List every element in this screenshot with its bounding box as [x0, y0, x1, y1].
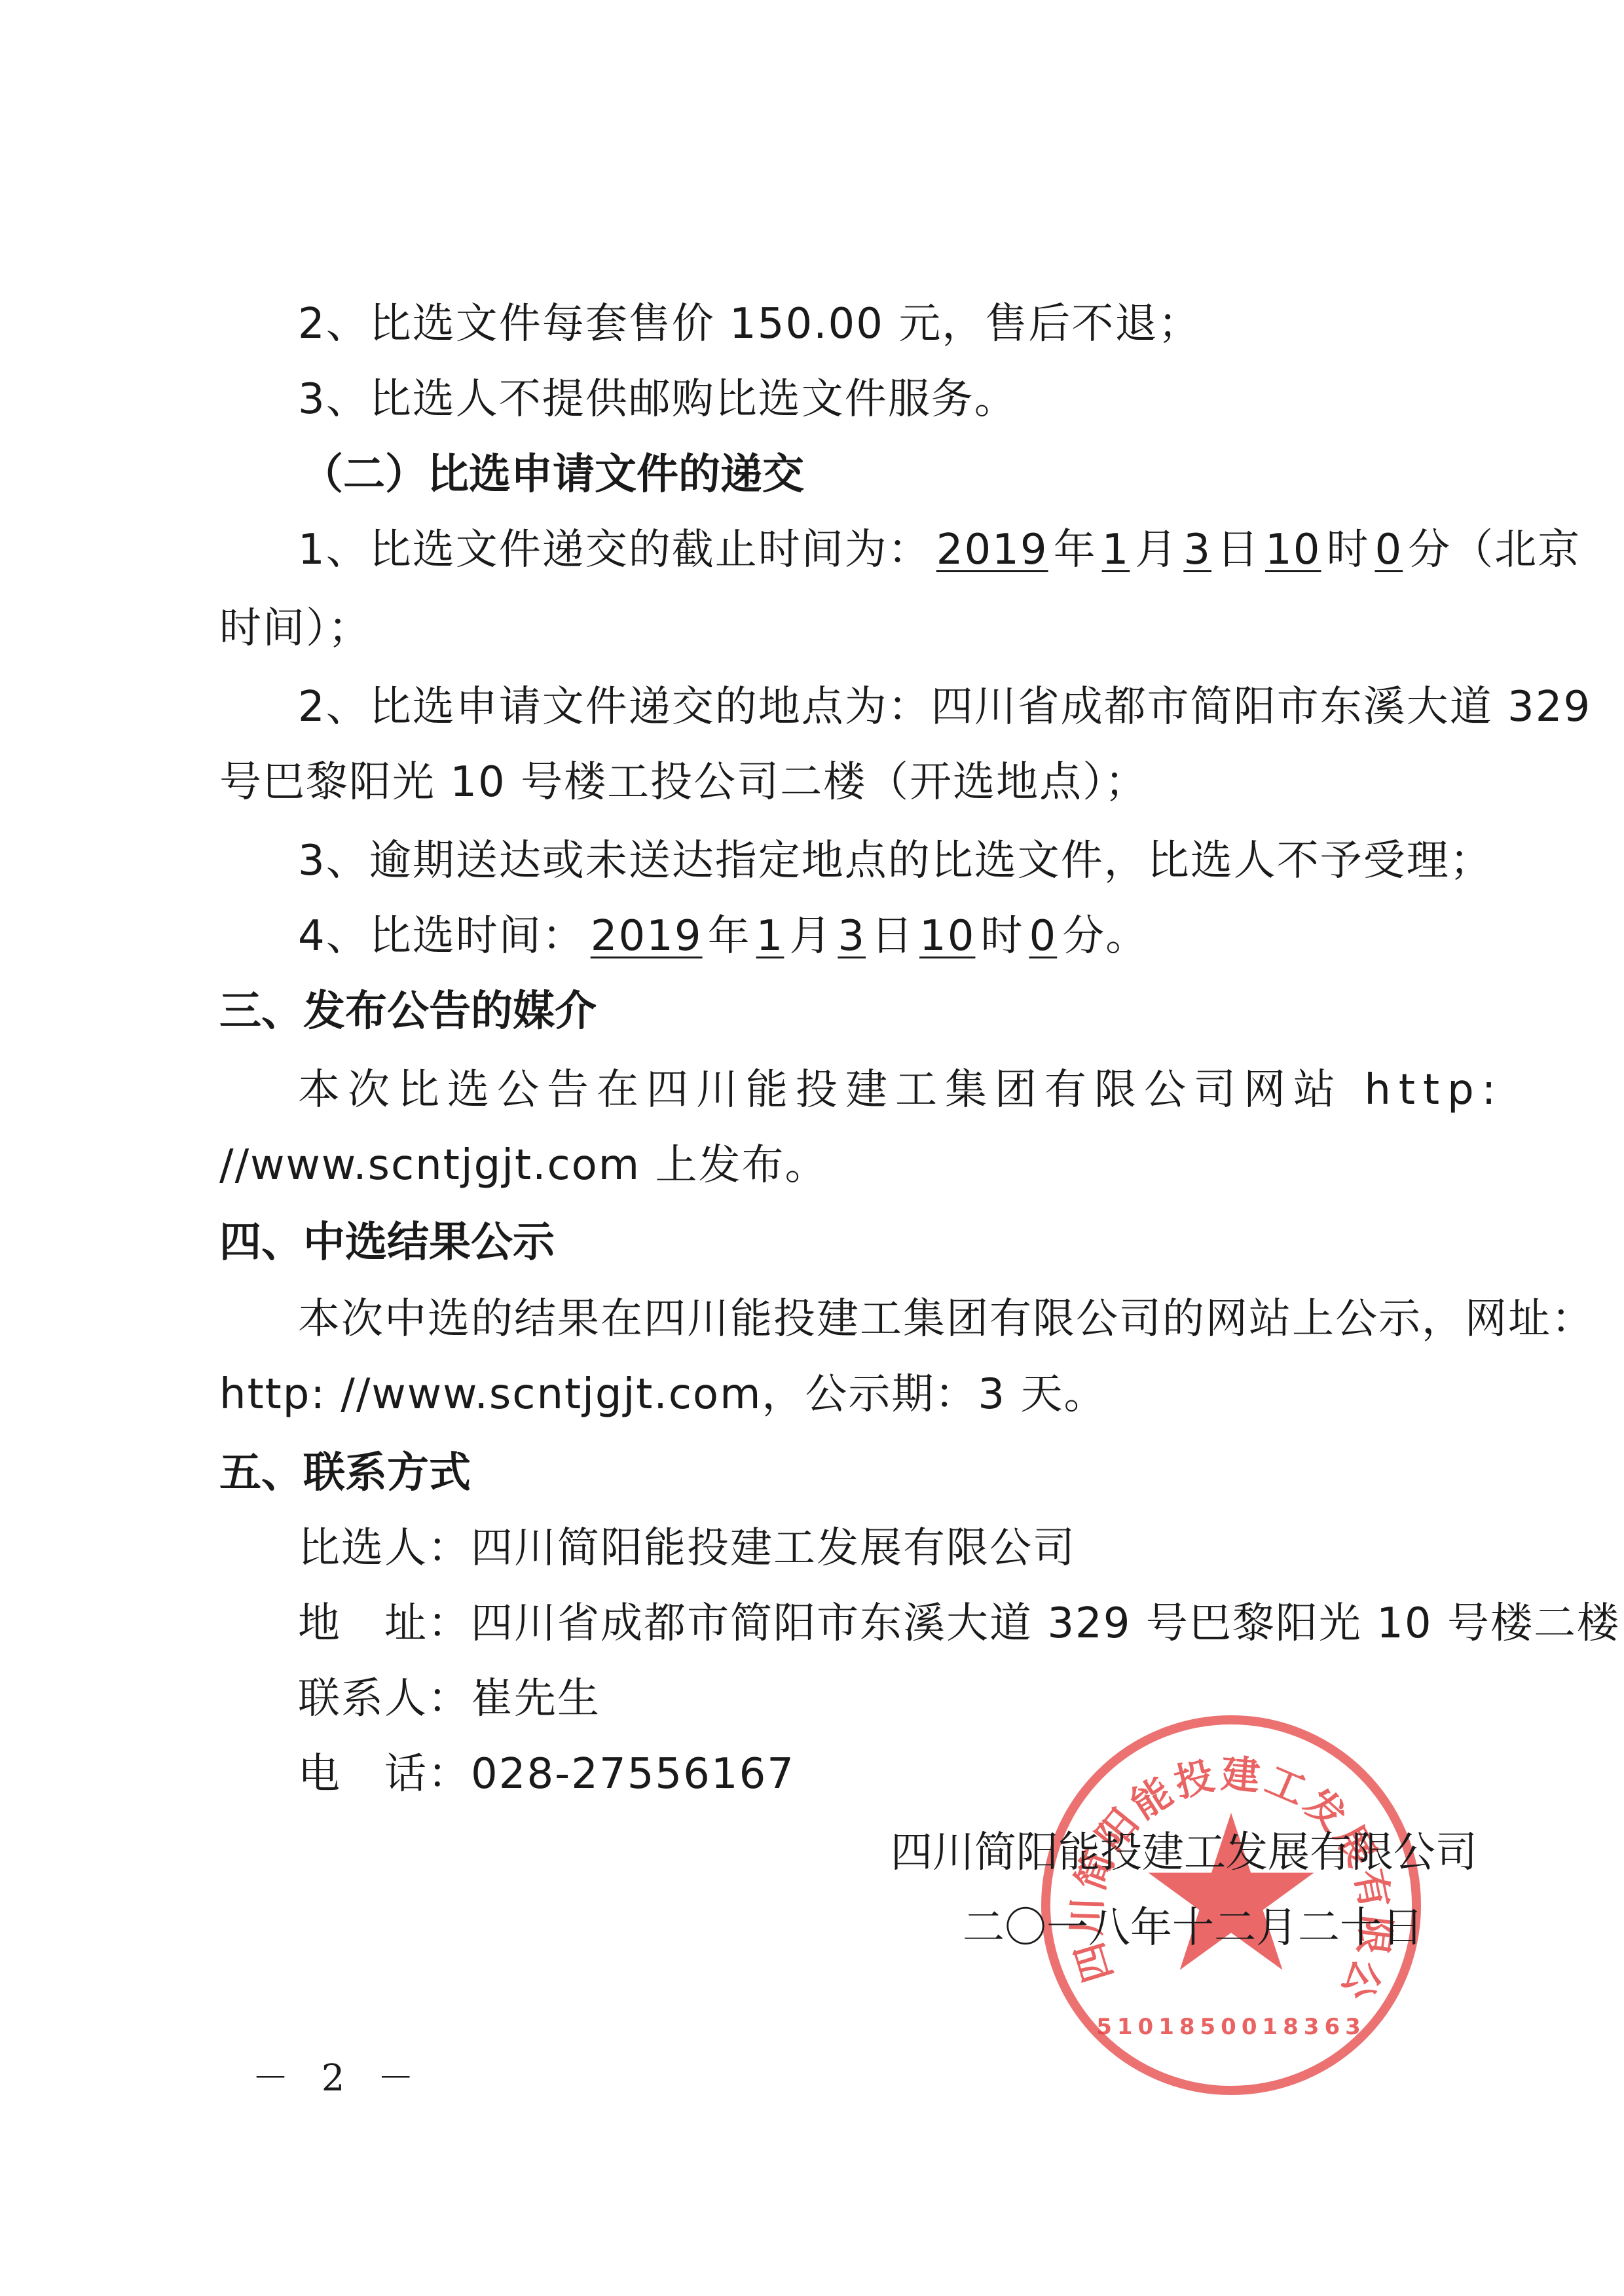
unit-hour: 时	[980, 912, 1024, 960]
unit-minute: 分（北京	[1408, 526, 1581, 574]
signature-date: 二〇一八年十二月二十日	[963, 1902, 1424, 1954]
sale-item-2: 2、比选文件每套售价 150.00 元，售后不退；	[298, 298, 1201, 350]
deadline-month: 1	[1097, 526, 1135, 574]
deadline-hour: 10	[1260, 526, 1326, 574]
selection-day: 3	[832, 912, 871, 960]
submission-item-2-line2: 号巴黎阳光 10 号楼工投公司二楼（开选地点）；	[219, 756, 1148, 809]
section-4-line1: 本次中选的结果在四川能投建工集团有限公司的网站上公示，网址：	[298, 1293, 1595, 1345]
section-3-line1: 本次比选公告在四川能投建工集团有限公司网站 http:	[298, 1064, 1504, 1116]
seal-code: 5101850018363	[1050, 2014, 1412, 2040]
section-3-heading: 三、发布公告的媒介	[219, 985, 597, 1038]
deadline-minute: 0	[1369, 526, 1408, 574]
selection-time-label: 4、比选时间：	[298, 912, 585, 960]
submission-item-2-line1: 2、比选申请文件递交的地点为：四川省成都市简阳市东溪大道 329	[298, 681, 1591, 733]
submission-item-4: 4、比选时间：2019年1月3日10时0分。	[298, 910, 1149, 962]
section-4-heading: 四、中选结果公示	[219, 1216, 555, 1269]
section-5-heading: 五、联系方式	[219, 1447, 471, 1499]
unit-month: 月	[789, 912, 832, 960]
contact-phone: 电 话：028-27556167	[298, 1748, 795, 1800]
contact-value: 崔先生	[471, 1675, 600, 1723]
deadline-year: 2019	[931, 526, 1054, 574]
contact-selector: 比选人：四川简阳能投建工发展有限公司	[298, 1522, 1076, 1575]
unit-year: 年	[708, 912, 751, 960]
deadline-day: 3	[1178, 526, 1217, 574]
unit-day: 日	[871, 912, 914, 960]
selection-minute: 0	[1024, 912, 1062, 960]
submission-item-1: 1、比选文件递交的截止时间为：2019年1月3日10时0分（北京	[298, 524, 1581, 576]
contact-person: 联系人：崔先生	[298, 1673, 600, 1725]
contact-label: 联系人：	[298, 1675, 471, 1723]
section-3-line2: //www.scntjgjt.com 上发布。	[219, 1139, 828, 1192]
selection-hour: 10	[914, 912, 980, 960]
selector-label: 比选人：	[298, 1524, 471, 1573]
section-4-line2: http: //www.scntjgjt.com，公示期：3 天。	[219, 1368, 1107, 1421]
phone-value: 028-27556167	[471, 1750, 795, 1798]
deadline-label: 1、比选文件递交的截止时间为：	[298, 526, 931, 574]
unit-month: 月	[1135, 526, 1178, 574]
selector-value: 四川简阳能投建工发展有限公司	[471, 1524, 1076, 1573]
page-number: － 2 －	[252, 2049, 424, 2102]
address-label: 地 址：	[298, 1599, 471, 1648]
unit-hour: 时	[1326, 526, 1369, 574]
sale-item-3: 3、比选人不提供邮购比选文件服务。	[298, 373, 1018, 426]
submission-item-1-cont: 时间）；	[219, 602, 371, 655]
unit-day: 日	[1217, 526, 1260, 574]
unit-year: 年	[1054, 526, 1097, 574]
submission-item-3: 3、逾期送达或未送达指定地点的比选文件，比选人不予受理；	[298, 835, 1493, 887]
seal-star-icon: ★	[1134, 1787, 1328, 2003]
unit-minute: 分。	[1062, 912, 1149, 960]
contact-address: 地 址：四川省成都市简阳市东溪大道 329 号巴黎阳光 10 号楼二楼	[298, 1597, 1620, 1650]
selection-year: 2019	[585, 912, 708, 960]
signature-company: 四川简阳能投建工发展有限公司	[891, 1827, 1477, 1879]
selection-month: 1	[751, 912, 790, 960]
address-value: 四川省成都市简阳市东溪大道 329 号巴黎阳光 10 号楼二楼	[471, 1599, 1620, 1648]
phone-label: 电 话：	[298, 1750, 471, 1798]
section-2-heading: （二）比选申请文件的递交	[301, 448, 804, 501]
